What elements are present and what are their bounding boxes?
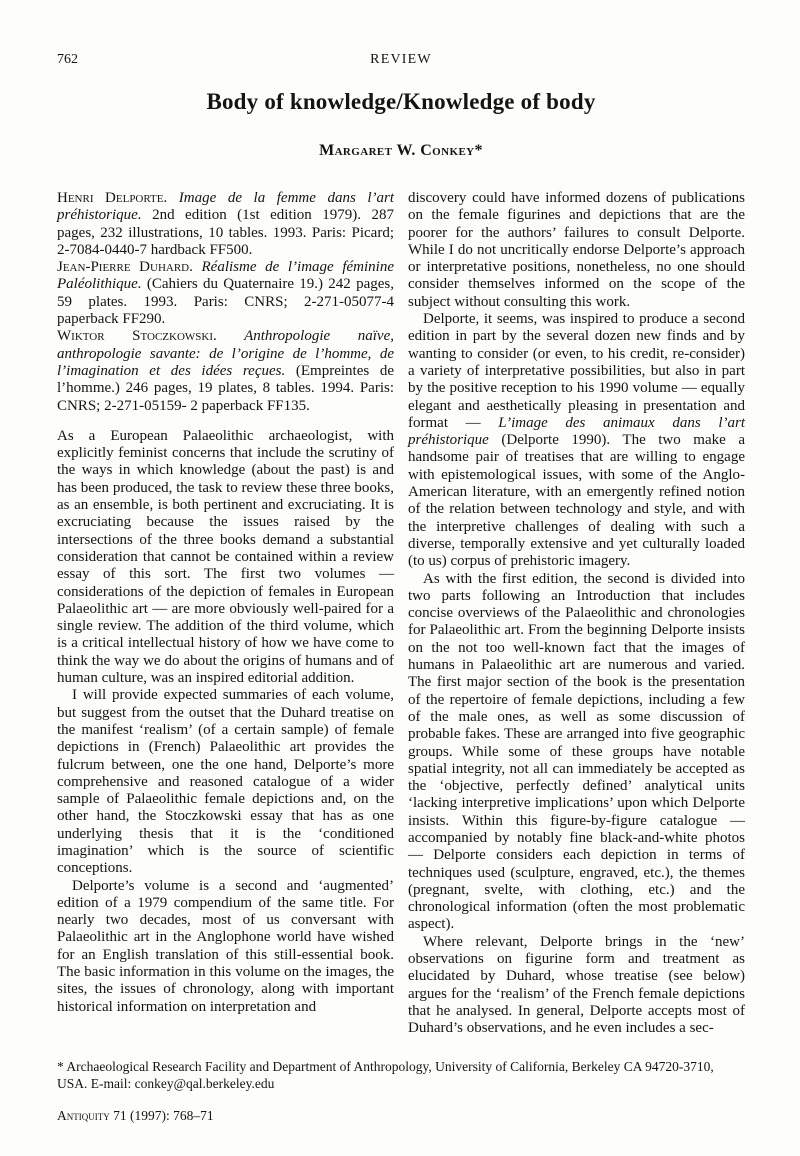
- page-header: 762 REVIEW: [57, 52, 745, 69]
- journal-page: 762 REVIEW Body of knowledge/Knowledge o…: [0, 0, 800, 1156]
- bibliography-entry: Wiktor Stoczkowski. Anthropologie naïve,…: [57, 328, 394, 414]
- body-paragraph: Where relevant, Delporte brings in the ‘…: [408, 934, 745, 1038]
- paragraph-text: Delporte, it seems, was inspired to prod…: [408, 311, 745, 431]
- body-paragraph: As with the first edition, the second is…: [408, 571, 745, 934]
- bib-author: Jean-Pierre Duhard.: [57, 259, 193, 275]
- two-column-text: Henri Delporte. Image de la femme dans l…: [57, 190, 745, 1038]
- author-byline: Margaret W. Conkey*: [57, 142, 745, 160]
- article-title: Body of knowledge/Knowledge of body: [57, 89, 745, 115]
- bibliography-entry: Henri Delporte. Image de la femme dans l…: [57, 190, 394, 259]
- paragraph-text: (Delporte 1990). The two make a handsome…: [408, 432, 745, 569]
- footnote: * Archaeological Research Facility and D…: [57, 1058, 745, 1092]
- right-column: discovery could have informed dozens of …: [408, 190, 745, 1038]
- body-paragraph: I will provide expected summaries of eac…: [57, 687, 394, 877]
- body-paragraph: As a European Palaeolithic archaeologist…: [57, 428, 394, 687]
- body-paragraph: Delporte, it seems, was inspired to prod…: [408, 311, 745, 570]
- body-paragraph: discovery could have informed dozens of …: [408, 190, 745, 311]
- bib-author: Henri Delporte.: [57, 190, 167, 206]
- body-paragraph: Delporte’s volume is a second and ‘augme…: [57, 878, 394, 1016]
- bibliography-section: Henri Delporte. Image de la femme dans l…: [57, 190, 394, 415]
- left-column: Henri Delporte. Image de la femme dans l…: [57, 190, 394, 1016]
- bibliography-entry: Jean-Pierre Duhard. Réalisme de l’image …: [57, 259, 394, 328]
- running-head: REVIEW: [57, 52, 745, 68]
- journal-citation: Antiquity 71 (1997): 768–71: [57, 1108, 745, 1124]
- bib-author: Wiktor Stoczkowski.: [57, 328, 217, 344]
